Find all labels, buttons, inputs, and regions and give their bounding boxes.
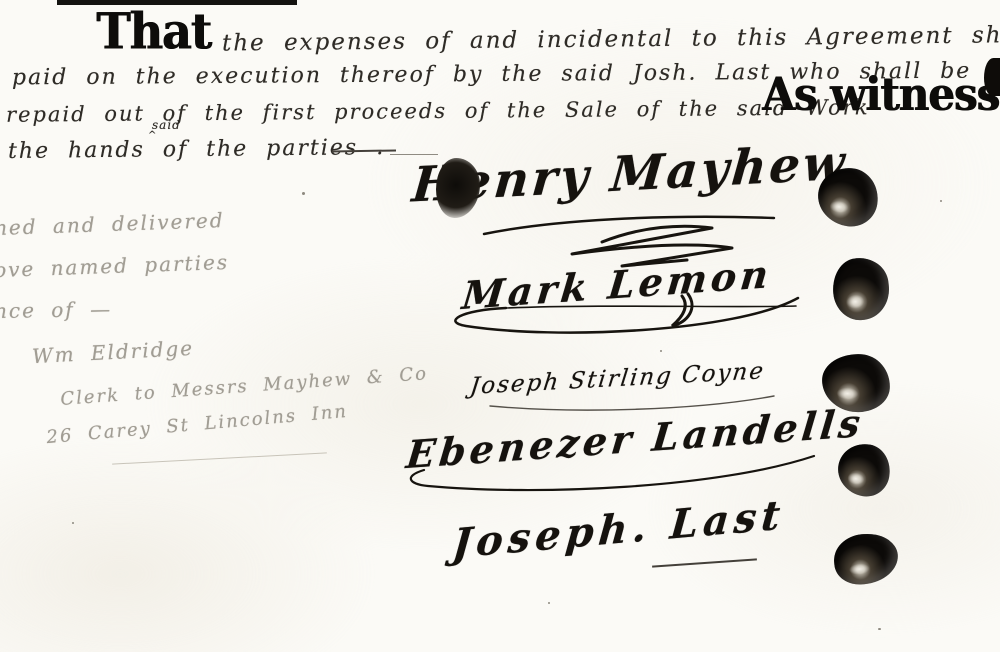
last-underline-flourish	[652, 558, 757, 567]
document-photo: That the expenses of and incidental to t…	[0, 0, 1000, 652]
witness-occupation: Clerk to Messrs Mayhew & Co	[60, 363, 429, 410]
partial-seal-blob	[984, 58, 1000, 96]
ink-speck	[660, 350, 662, 352]
witness-name: Wm Eldridge	[31, 336, 194, 368]
body-line-3: repaid out of the first proceeds of the …	[6, 95, 870, 127]
witness-address: 26 Carey St Lincolns Inn	[46, 401, 349, 448]
ink-speck	[548, 602, 550, 604]
as-witness-text: As witness	[762, 68, 999, 121]
body-lead-word: That	[96, 2, 211, 60]
attestation-line-2: ove named parties	[0, 250, 229, 282]
ink-speck	[72, 522, 74, 524]
wax-seal-4	[834, 440, 894, 500]
wax-seal-2	[830, 255, 892, 323]
ink-speck	[878, 628, 881, 630]
signature-lead-dash	[390, 154, 438, 155]
wax-seal-5	[832, 531, 900, 586]
attestation-line-3: nce of —	[0, 297, 112, 323]
witness-underline-flourish	[112, 452, 327, 464]
signature-joseph-last: Joseph. Last	[451, 491, 787, 568]
lemon-underline-flourish	[436, 292, 804, 347]
attestation-line-1: ned and delivered	[0, 208, 225, 240]
ink-speck	[302, 192, 305, 195]
body-line-1: the expenses of and incidental to this A…	[222, 21, 1000, 56]
insert-caret: ^	[148, 130, 158, 141]
body-line-4: the hands of the parties .	[8, 135, 385, 164]
ink-speck	[940, 200, 942, 202]
